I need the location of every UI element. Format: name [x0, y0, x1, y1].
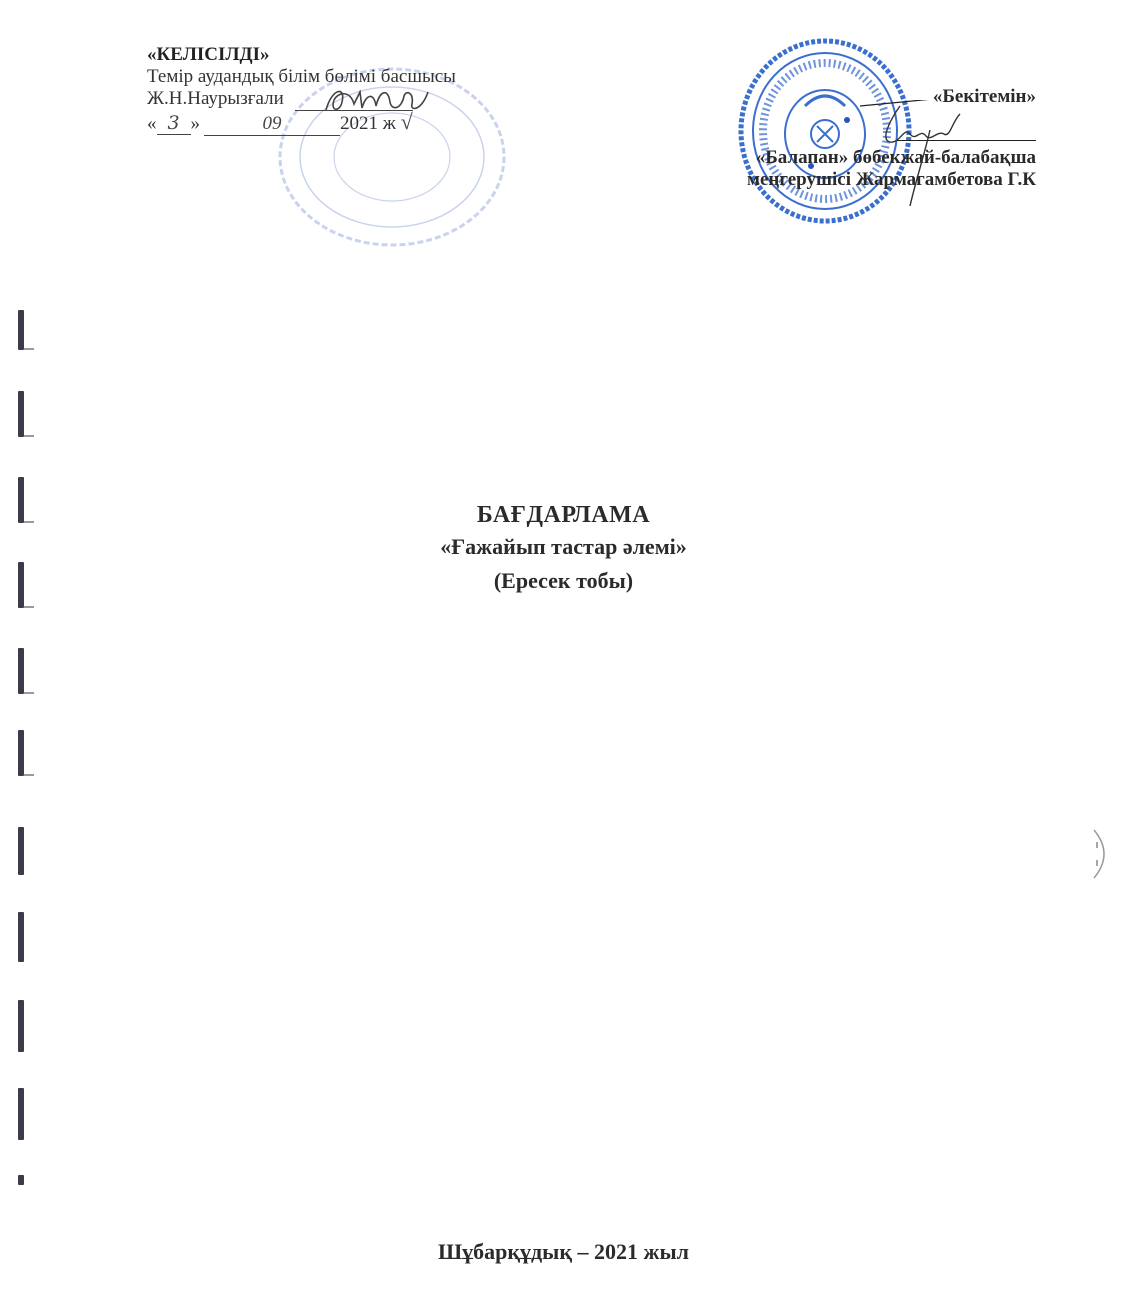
date-open-quote: «	[147, 113, 157, 134]
program-title-block: БАҒДАРЛАМА «Ғажайып тастар әлемі» (Ересе…	[0, 500, 1127, 598]
binder-hole	[18, 648, 24, 694]
date-day: 3	[157, 112, 191, 135]
binder-hole	[18, 1175, 24, 1185]
handwritten-signature-left	[318, 82, 438, 118]
binder-hole	[18, 730, 24, 776]
agreed-heading: «КЕЛІСІЛДІ»	[147, 44, 456, 66]
binder-hole	[18, 827, 24, 875]
binder-hole	[18, 310, 24, 350]
binder-hole-foot	[24, 606, 34, 608]
place-year-footer: Шұбарқұдық – 2021 жыл	[0, 1239, 1127, 1265]
binder-hole	[18, 1088, 24, 1140]
binder-hole-foot	[24, 692, 34, 694]
binder-hole	[18, 912, 24, 962]
binder-hole-foot	[24, 774, 34, 776]
program-group: (Ересек тобы)	[0, 564, 1127, 598]
binder-hole-foot	[24, 435, 34, 437]
agreed-name: Ж.Н.Наурызғали	[147, 88, 284, 109]
program-subtitle: «Ғажайып тастар әлемі»	[0, 530, 1127, 564]
date-close-quote: »	[191, 113, 201, 134]
page-edge-mark	[1086, 826, 1116, 882]
handwritten-signature-right	[860, 100, 970, 210]
document-page: «КЕЛІСІЛДІ» Темір аудандық білім бөлімі …	[0, 0, 1127, 1309]
binder-hole	[18, 391, 24, 437]
program-title: БАҒДАРЛАМА	[0, 500, 1127, 530]
binder-hole-foot	[24, 348, 34, 350]
binder-hole	[18, 1000, 24, 1052]
